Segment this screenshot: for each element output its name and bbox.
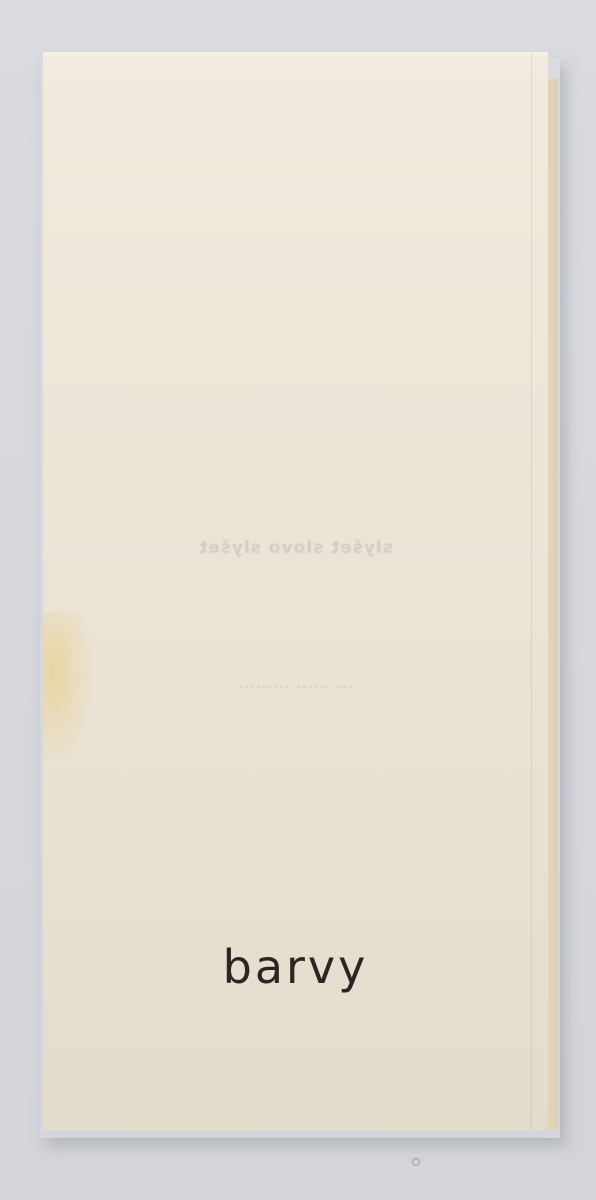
booklet-cover: slyšet slovo slyšet ··· ······ ·········…: [43, 52, 548, 1130]
pin-mark: [412, 1158, 420, 1166]
showthrough-text-2: ··· ······ ·········: [43, 680, 548, 696]
showthrough-text-1: slyšet slovo slyšet: [43, 538, 548, 558]
cover-title: barvy: [43, 940, 548, 994]
